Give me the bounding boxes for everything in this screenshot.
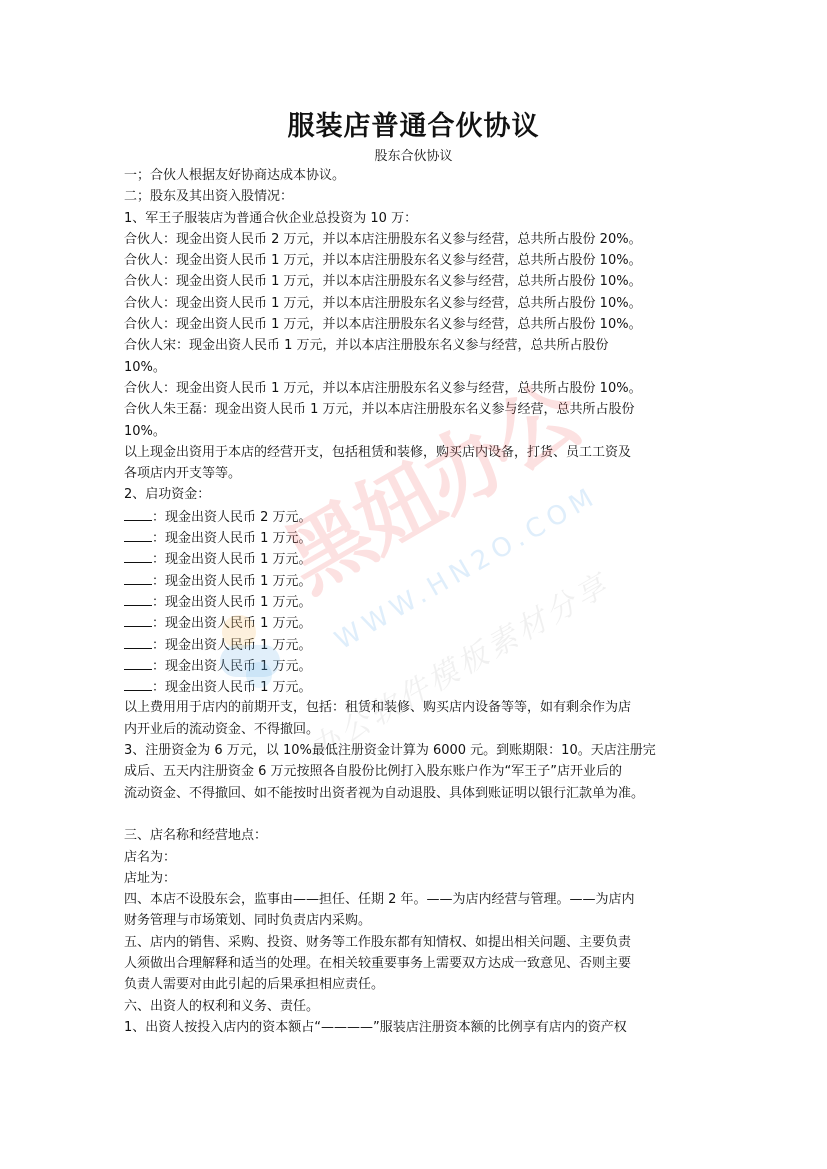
document-title: 服装店普通合伙协议 bbox=[0, 104, 827, 143]
registered-capital-line: 3、注册资金为 6 万元，以 10%最低注册资金计算为 6000 元。到账期限：… bbox=[124, 740, 708, 761]
partner-line: 合伙人：现金出资人民币 1 万元，并以本店注册股东名义参与经营，总共所占股份 1… bbox=[124, 250, 708, 271]
capital-usage-line-cont: 各项店内开支等等。 bbox=[124, 463, 708, 484]
partner-line: 合伙人：现金出资人民币 1 万元，并以本店注册股东名义参与经营，总共所占股份 1… bbox=[124, 271, 708, 292]
startup-fund-text: ：现金出资人民币 2 万元。 bbox=[152, 510, 312, 525]
startup-fund-row: ：现金出资人民币 1 万元。 bbox=[124, 655, 708, 676]
startup-fund-text: ：现金出资人民币 1 万元。 bbox=[152, 659, 312, 674]
clause-1-intro: 一；合伙人根据友好协商达成本协议。 bbox=[124, 165, 708, 186]
partner-line: 合伙人：现金出资人民币 1 万元，并以本店注册股东名义参与经营，总共所占股份 1… bbox=[124, 314, 708, 335]
section-five-line: 五、店内的销售、采购、投资、财务等工作股东都有知情权、如提出相关问题、主要负责 bbox=[124, 932, 708, 953]
document-page: 服装店普通合伙协议 股东合伙协议 一；合伙人根据友好协商达成本协议。 二；股东及… bbox=[0, 0, 827, 1169]
paragraph-gap bbox=[124, 804, 708, 825]
startup-funds-heading: 2、启功资金： bbox=[124, 484, 708, 505]
name-blank-field[interactable] bbox=[124, 612, 152, 627]
startup-fund-row: ：现金出资人民币 1 万元。 bbox=[124, 527, 708, 548]
startup-fund-text: ：现金出资人民币 1 万元。 bbox=[152, 552, 312, 567]
section-six-clause-1: 1、出资人按投入店内的资本额占“————”服装店注册资本额的比例享有店内的资产权 bbox=[124, 1017, 708, 1038]
document-body: 一；合伙人根据友好协商达成本协议。 二；股东及其出资入股情况： 1、军王子服装店… bbox=[124, 165, 708, 1038]
startup-fund-text: ：现金出资人民币 1 万元。 bbox=[152, 638, 312, 653]
section-five-line-cont: 人须做出合理解释和适当的处理。在相关较重要事务上需要双方达成一致意见、否则主要 bbox=[124, 953, 708, 974]
total-investment-line: 1、军王子服装店为普通合伙企业总投资为 10 万： bbox=[124, 208, 708, 229]
startup-fund-text: ：现金出资人民币 1 万元。 bbox=[152, 616, 312, 631]
partner-line-zhu-share: 10%。 bbox=[124, 421, 708, 442]
startup-fund-row: ：现金出资人民币 1 万元。 bbox=[124, 634, 708, 655]
document-subtitle: 股东合伙协议 bbox=[0, 145, 827, 164]
expense-usage-line: 以上费用用于店内的前期开支，包括：租赁和装修、购买店内设备等等，如有剩余作为店 bbox=[124, 697, 708, 718]
section-six-heading: 六、出资人的权利和义务、责任。 bbox=[124, 996, 708, 1017]
startup-fund-text: ：现金出资人民币 1 万元。 bbox=[152, 680, 312, 695]
startup-fund-text: ：现金出资人民币 1 万元。 bbox=[152, 531, 312, 546]
name-blank-field[interactable] bbox=[124, 591, 152, 606]
section-five-line-cont: 负责人需要对由此引起的后果承担相应责任。 bbox=[124, 974, 708, 995]
partner-line-song-share: 10%。 bbox=[124, 357, 708, 378]
section-four-line-cont: 财务管理与市场策划、同时负责店内采购。 bbox=[124, 910, 708, 931]
registered-capital-line-cont: 成后、五天内注册资金 6 万元按照各自股份比例打入股东账户作为“军王子”店开业后… bbox=[124, 761, 708, 782]
startup-fund-text: ：现金出资人民币 1 万元。 bbox=[152, 595, 312, 610]
section-three-heading: 三、店名称和经营地点： bbox=[124, 825, 708, 846]
startup-fund-row: ：现金出资人民币 1 万元。 bbox=[124, 570, 708, 591]
partner-line: 合伙人：现金出资人民币 1 万元，并以本店注册股东名义参与经营，总共所占股份 1… bbox=[124, 378, 708, 399]
name-blank-field[interactable] bbox=[124, 506, 152, 521]
clause-2-heading: 二；股东及其出资入股情况： bbox=[124, 186, 708, 207]
name-blank-field[interactable] bbox=[124, 655, 152, 670]
partner-line-song: 合伙人宋：现金出资人民币 1 万元，并以本店注册股东名义参与经营，总共所占股份 bbox=[124, 335, 708, 356]
name-blank-field[interactable] bbox=[124, 548, 152, 563]
registered-capital-line-cont: 流动资金、不得撤回、如不能按时出资者视为自动退股、具体到账证明以银行汇款单为准。 bbox=[124, 783, 708, 804]
startup-fund-text: ：现金出资人民币 1 万元。 bbox=[152, 574, 312, 589]
startup-fund-row: ：现金出资人民币 1 万元。 bbox=[124, 548, 708, 569]
section-four-line: 四、本店不设股东会，监事由——担任、任期 2 年。——为店内经营与管理。——为店… bbox=[124, 889, 708, 910]
startup-fund-row: ：现金出资人民币 1 万元。 bbox=[124, 612, 708, 633]
name-blank-field[interactable] bbox=[124, 676, 152, 691]
store-name-line: 店名为： bbox=[124, 847, 708, 868]
capital-usage-line: 以上现金出资用于本店的经营开支，包括租赁和装修，购买店内设备，打货、员工工资及 bbox=[124, 442, 708, 463]
expense-usage-line-cont: 内开业后的流动资金、不得撤回。 bbox=[124, 719, 708, 740]
store-address-line: 店址为： bbox=[124, 868, 708, 889]
name-blank-field[interactable] bbox=[124, 570, 152, 585]
startup-fund-row: ：现金出资人民币 1 万元。 bbox=[124, 676, 708, 697]
partner-line: 合伙人：现金出资人民币 2 万元，并以本店注册股东名义参与经营，总共所占股份 2… bbox=[124, 229, 708, 250]
partner-line-zhu: 合伙人朱王磊：现金出资人民币 1 万元，并以本店注册股东名义参与经营，总共所占股… bbox=[124, 399, 708, 420]
startup-fund-row: ：现金出资人民币 1 万元。 bbox=[124, 591, 708, 612]
partner-line: 合伙人：现金出资人民币 1 万元，并以本店注册股东名义参与经营，总共所占股份 1… bbox=[124, 293, 708, 314]
name-blank-field[interactable] bbox=[124, 527, 152, 542]
startup-fund-row: ：现金出资人民币 2 万元。 bbox=[124, 506, 708, 527]
name-blank-field[interactable] bbox=[124, 634, 152, 649]
